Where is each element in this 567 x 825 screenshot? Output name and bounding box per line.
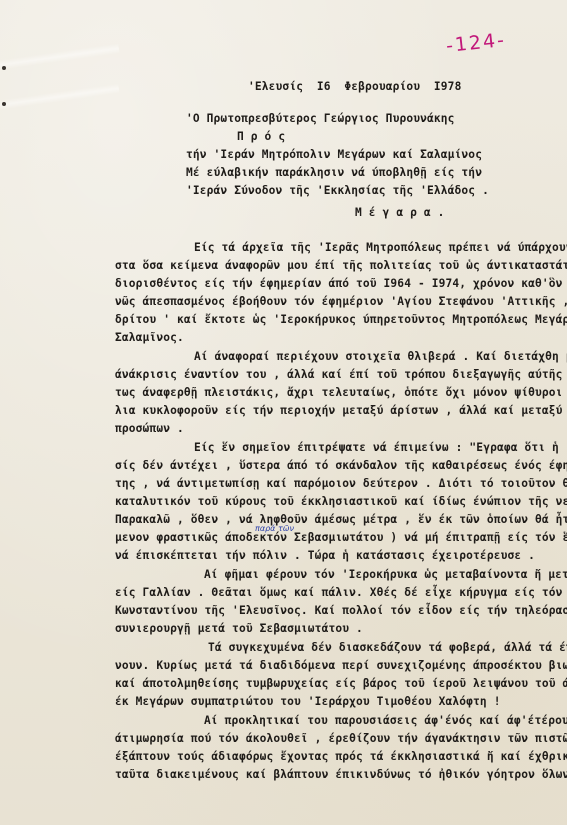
paper-fold <box>0 83 120 110</box>
body-line: Είς ἕν σημεῖον έπιτρέψατε νά έπιμείνω : … <box>194 441 567 455</box>
sender-line: 'Ο Πρωτοπρεσβύτερος Γεώργιος Πυρουνάκης <box>186 112 455 126</box>
place-line: Μ έ γ α ρ α . <box>355 206 445 220</box>
body-line: Είς τά άρχεῖα τῆς 'Ιερᾶς Μητροπόλεως πρέ… <box>194 241 567 255</box>
to-label: Π ρ ό ς <box>237 130 285 144</box>
body-line: νῶς άπεσπασμένος έβοήθουν τόν έφημέριον … <box>115 295 567 309</box>
body-line: σίς δέν άντέχει , ὕστερα άπό τό σκάνδαλο… <box>115 459 567 473</box>
body-line: της , νά άντιμετωπίσῃ καί παρόμοιον δεύτ… <box>115 477 567 491</box>
body-line: άτιμωρησία πού τόν άκολουθεῖ , έρεθίζουν… <box>115 732 567 746</box>
body-line: άνάκρισις έναντίον του , άλλά καί έπί το… <box>115 368 567 382</box>
punch-hole <box>2 66 6 70</box>
body-line: έκ Μεγάρων συμπατριώτου του 'Ιεράρχου Τι… <box>115 695 501 709</box>
body-line: τως άναφερθῇ πλειστάκις, ἄχρι τελευταίως… <box>115 386 567 400</box>
body-line: νουν. Κυρίως μετά τά διαδιδόμενα περί συ… <box>115 659 567 673</box>
body-line: Αί φῆμαι φέρουν τόν 'Ιεροκήρυκα ὡς μεταβ… <box>204 568 567 582</box>
punch-hole <box>2 102 6 106</box>
body-line: προσώπων . <box>115 422 184 436</box>
body-line: Τά συγκεχυμένα δέν διασκεδάζουν τά φοβερ… <box>208 641 567 655</box>
body-line: δρίτου ' καί ἔκτοτε ὡς 'Ιεροκήρυκος ύπηρ… <box>115 313 567 327</box>
body-line: ταῦτα διακειμένους καί βλάπτουν έπικινδύ… <box>115 768 567 782</box>
paper-fold <box>0 43 120 70</box>
body-line: συνιερουργῇ μετά τοῦ Σεβασμιωτάτου . <box>115 622 363 636</box>
dateline: 'Ελευσίς Ι6 Φεβρουαρίου Ι978 <box>248 80 461 94</box>
body-line: Σαλαμῖνος. <box>115 331 184 345</box>
recipient-line: Μέ εύλαβικήν παράκλησιν νά ύποβληθῇ είς … <box>186 166 482 180</box>
handwritten-page-number: -124- <box>445 29 507 57</box>
body-line: Παρακαλῶ , ὅθεν , νά ληφθοῦν άμέσως μέτρ… <box>115 513 567 527</box>
body-line: καταλυτικόν τοῦ κύρους τοῦ έκκλησιαστικο… <box>115 495 567 509</box>
recipient-line: 'Ιεράν Σύνοδον τῆς 'Εκκλησίας τῆς 'Ελλάδ… <box>186 184 489 198</box>
recipient-line: τήν 'Ιεράν Μητρόπολιν Μεγάρων καί Σαλαμί… <box>186 148 482 162</box>
body-line: καί άποτολμηθείσης τυμβωρυχείας είς βάρο… <box>115 677 567 691</box>
body-line: Κωνσταντίνου τῆς 'Ελευσῖνος. Καί πολλοί … <box>115 604 567 618</box>
body-line: διορισθέντος είς τήν έφημερίαν άπό τοῦ Ι… <box>115 277 567 291</box>
body-line: νά έπισκέπτεται τήν πόλιν . Τώρα ἡ κατάσ… <box>115 549 535 563</box>
body-line: λια κυκλοφοροῦν είς τήν περιοχήν μεταξύ … <box>115 404 567 418</box>
body-line: είς Γαλλίαν . Θεᾶται ὅμως καί πάλιν. Χθέ… <box>115 586 567 600</box>
body-line: Αί άναφοραί περιέχουν στοιχεῖα θλιβερά .… <box>194 350 567 364</box>
body-line: μενον φραστικῶς άποδεκτόν Σεβασμιωτάτου … <box>115 531 567 545</box>
body-line: έξάπτουν τούς άδιαφόρως ἔχοντας πρός τά … <box>115 750 567 764</box>
body-line: στα ὅσα κείμενα άναφορῶν μου έπί τῆς πολ… <box>115 259 567 273</box>
typewritten-letter-page: -124- 'Ελευσίς Ι6 Φεβρουαρίου Ι978 'Ο Πρ… <box>0 0 567 825</box>
body-line: Αί προκλητικαί του παρουσιάσεις άφ'ένός … <box>204 714 567 728</box>
